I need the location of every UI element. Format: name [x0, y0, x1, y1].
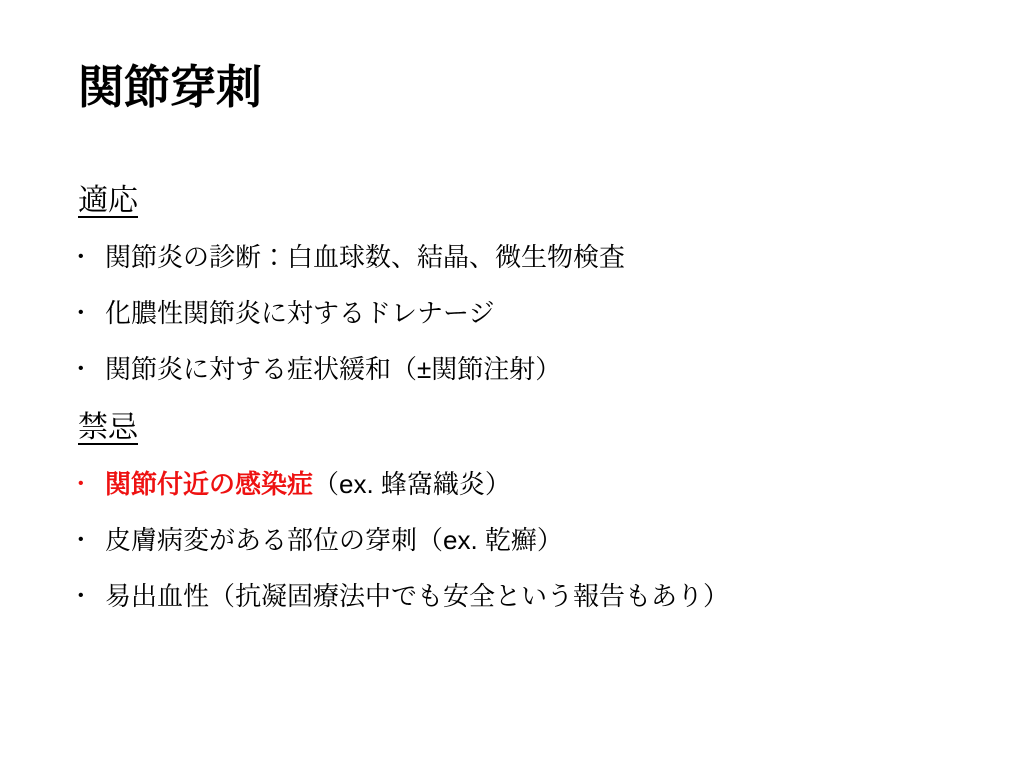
bullet-icon: • [78, 524, 105, 548]
section-heading-contraindications-label: 禁忌 [78, 411, 138, 444]
list-item-text: 皮膚病変がある部位の穿刺（ex. 乾癬） [105, 524, 974, 558]
slide-title: 関節穿刺 [78, 60, 974, 115]
list-item: • 関節炎に対する症状緩和（±関節注射） [78, 353, 974, 387]
list-item-text: 関節炎に対する症状緩和（±関節注射） [105, 353, 974, 387]
section-heading-indications-label: 適応 [78, 184, 138, 217]
list-item-text: 関節炎の診断：白血球数、結晶、微生物検査 [105, 241, 974, 275]
list-item: • 関節炎の診断：白血球数、結晶、微生物検査 [78, 241, 974, 275]
emphasized-text: 関節付近の感染症 [105, 469, 313, 499]
list-item-text: 化膿性関節炎に対するドレナージ [105, 297, 974, 331]
bullet-icon: • [78, 468, 105, 492]
list-item-text-rest: （ex. 蜂窩織炎） [313, 469, 511, 499]
presentation-slide: 関節穿刺 適応 • 関節炎の診断：白血球数、結晶、微生物検査 • 化膿性関節炎に… [0, 0, 1024, 768]
bullet-icon: • [78, 297, 105, 321]
bullet-icon: • [78, 353, 105, 377]
bullet-icon: • [78, 580, 105, 604]
section-heading-indications: 適応 [78, 181, 974, 221]
list-item: • 易出血性（抗凝固療法中でも安全という報告もあり） [78, 580, 974, 614]
bullet-icon: • [78, 241, 105, 265]
list-item-text: 関節付近の感染症（ex. 蜂窩織炎） [105, 468, 974, 502]
section-heading-contraindications: 禁忌 [78, 408, 974, 448]
list-item: • 関節付近の感染症（ex. 蜂窩織炎） [78, 468, 974, 502]
list-item: • 化膿性関節炎に対するドレナージ [78, 297, 974, 331]
list-item: • 皮膚病変がある部位の穿刺（ex. 乾癬） [78, 524, 974, 558]
list-item-text: 易出血性（抗凝固療法中でも安全という報告もあり） [105, 580, 974, 614]
